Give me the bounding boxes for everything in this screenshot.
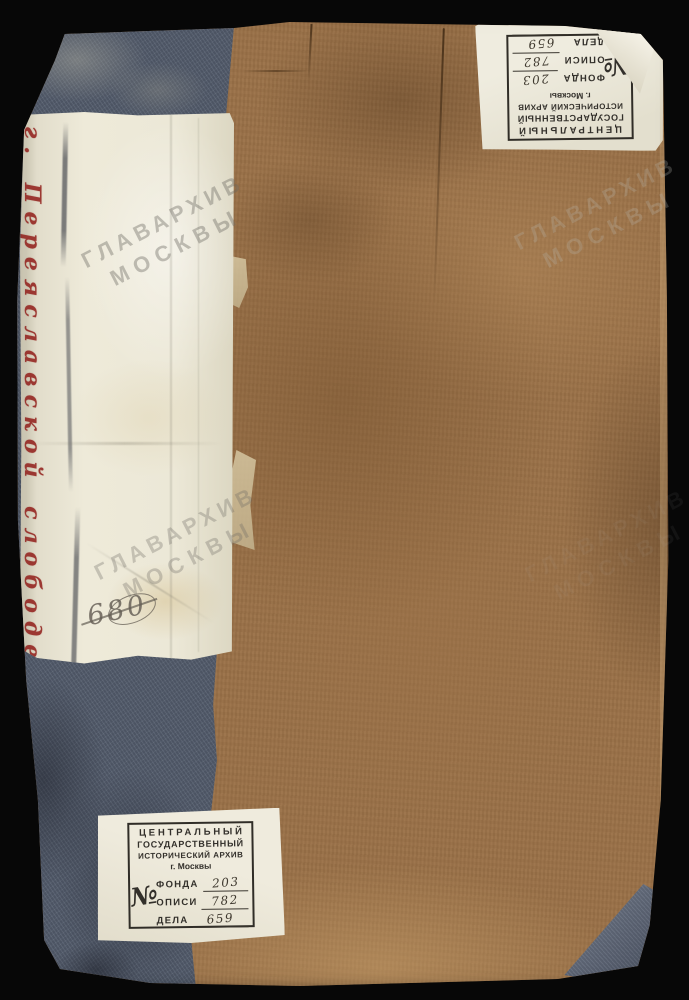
crease-mark bbox=[61, 122, 69, 267]
corner-cloth-patch bbox=[556, 882, 660, 980]
stamp-field-value: 782 bbox=[522, 53, 550, 68]
archive-stamp: ЦЕНТРАЛЬНЫЙ ГОСУДАРСТВЕННЫЙ ИСТОРИЧЕСКИЙ… bbox=[127, 821, 254, 929]
pencil-note: 680 bbox=[84, 583, 181, 645]
stamp-fields-block: № ФОНДА 203 ОПИСИ 782 ДЕЛА 659 bbox=[130, 873, 253, 932]
stamp-org-block: ЦЕНТРАЛЬНЫЙ ГОСУДАРСТВЕННЫЙ ИСТОРИЧЕСКИЙ… bbox=[509, 89, 632, 139]
stamp-field-row: ОПИСИ 782 bbox=[513, 52, 605, 71]
spine-paper-label: г. Переяславской слободе 680 bbox=[20, 112, 234, 668]
crease-mark bbox=[28, 442, 221, 445]
archive-label-bottom: ЦЕНТРАЛЬНЫЙ ГОСУДАРСТВЕННЫЙ ИСТОРИЧЕСКИЙ… bbox=[96, 808, 285, 945]
stamp-field-row: ДЕЛА 659 bbox=[512, 34, 604, 53]
stamp-field-label: ФОНДА bbox=[562, 70, 605, 84]
stamp-field-value: 659 bbox=[206, 911, 234, 926]
stamp-field-row: ФОНДА 203 bbox=[513, 70, 605, 89]
archive-label-top: ЦЕНТРАЛЬНЫЙ ГОСУДАРСТВЕННЫЙ ИСТОРИЧЕСКИЙ… bbox=[475, 20, 665, 154]
spine-inscription-text: г. Переяславской слободе bbox=[19, 126, 45, 666]
photo-stage: г. Переяславской слободе 680 ЦЕНТРАЛЬНЫЙ… bbox=[0, 0, 689, 1000]
cover-crack bbox=[433, 28, 445, 303]
spine-inscription: г. Переяславской слободе bbox=[20, 126, 46, 646]
stamp-field-value: 659 bbox=[526, 35, 554, 50]
book-cover: г. Переяславской слободе 680 ЦЕНТРАЛЬНЫЙ… bbox=[0, 0, 689, 1000]
stamp-field-label: ОПИСИ bbox=[563, 52, 604, 66]
stamp-field-row: ДЕЛА 659 bbox=[156, 909, 248, 928]
cover-crack bbox=[243, 70, 309, 72]
stamp-field-label: ДЕЛА bbox=[157, 915, 189, 928]
stamp-org-line-2: ГОСУДАРСТВЕННЫЙ bbox=[129, 838, 251, 851]
stamp-number-sign: № bbox=[129, 882, 160, 933]
stamp-org-block: ЦЕНТРАЛЬНЫЙ ГОСУДАРСТВЕННЫЙ ИСТОРИЧЕСКИЙ… bbox=[129, 823, 252, 873]
crease-mark bbox=[198, 118, 199, 652]
stamp-field-value: 203 bbox=[211, 875, 239, 890]
cover-torn-edge bbox=[660, 40, 667, 970]
stamp-field-label: ФОНДА bbox=[156, 879, 199, 893]
crease-mark bbox=[65, 277, 73, 492]
stamp-org-line-4: г. Москвы bbox=[130, 860, 252, 873]
stamp-org-line-1: ЦЕНТРАЛЬНЫЙ bbox=[510, 122, 632, 136]
cover-crack bbox=[307, 24, 312, 82]
stamp-field-value: 782 bbox=[211, 893, 239, 908]
stamp-field-value: 203 bbox=[521, 71, 549, 86]
stamp-org-line-2: ГОСУДАРСТВЕННЫЙ bbox=[509, 111, 631, 124]
